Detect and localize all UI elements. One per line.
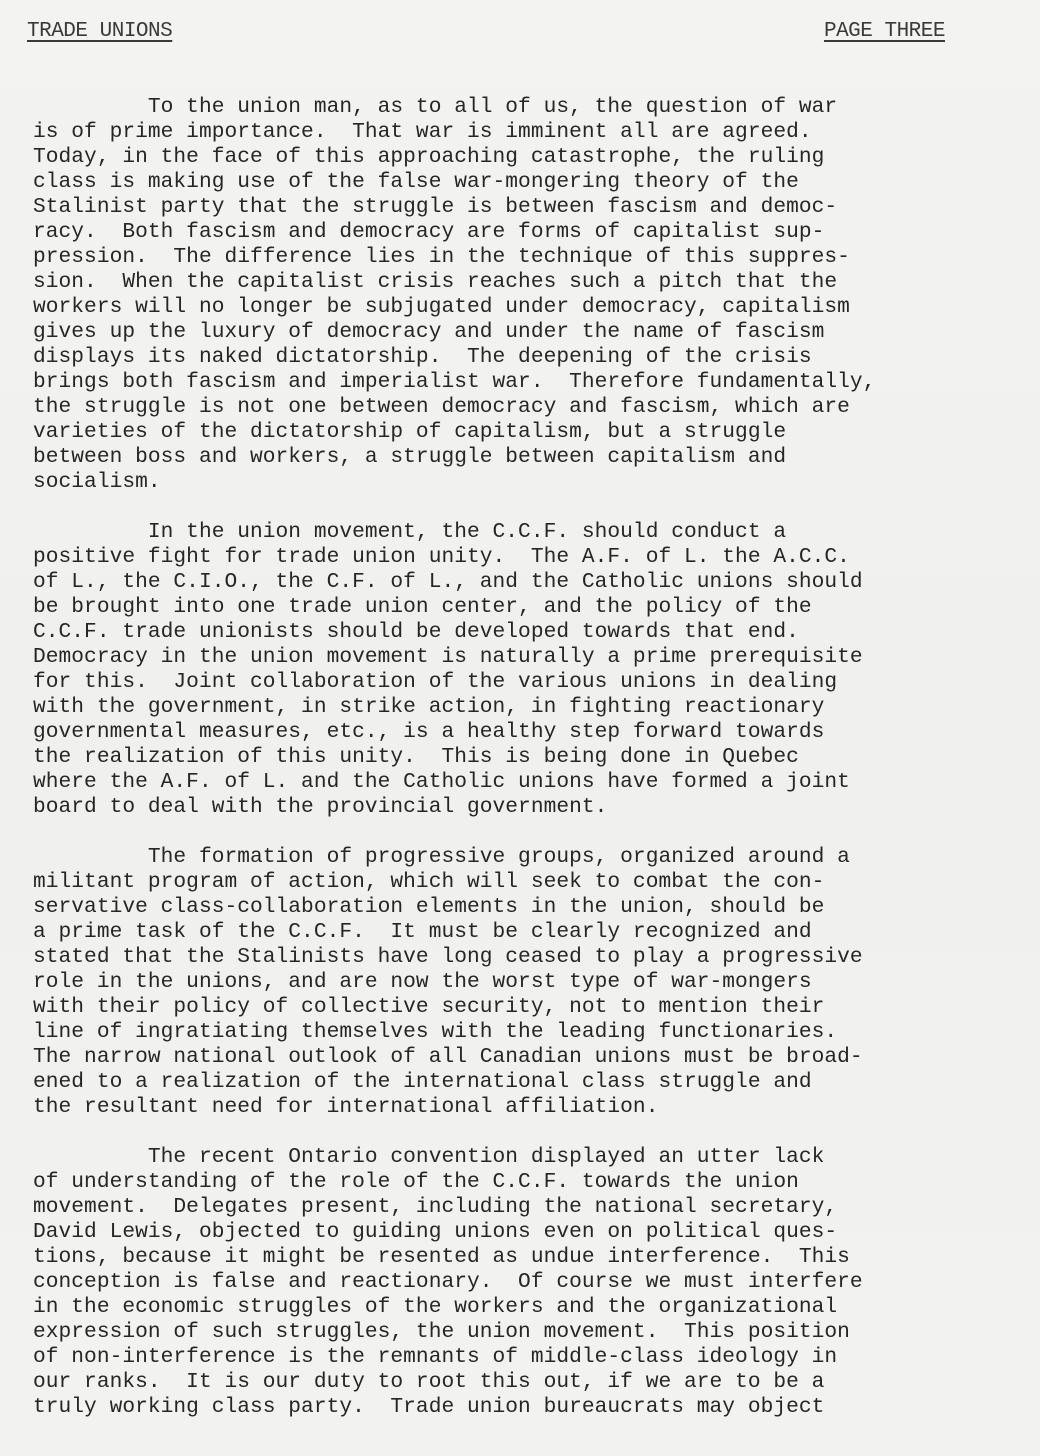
text-line: displays its naked dictatorship. The dee…	[33, 345, 1023, 370]
text-line: pression. The difference lies in the tec…	[33, 245, 1023, 270]
text-line: tions, because it might be resented as u…	[33, 1245, 1023, 1270]
text-line: servative class-collaboration elements i…	[33, 895, 1023, 920]
typewritten-page: TRADE UNIONS PAGE THREE To the union man…	[0, 0, 1040, 1456]
text-line: class is making use of the false war-mon…	[33, 170, 1023, 195]
text-line: the struggle is not one between democrac…	[33, 395, 1023, 420]
document-body: To the union man, as to all of us, the q…	[33, 95, 1023, 1445]
text-line: our ranks. It is our duty to root this o…	[33, 1370, 1023, 1395]
text-line: between boss and workers, a struggle bet…	[33, 445, 1023, 470]
text-line: varieties of the dictatorship of capital…	[33, 420, 1023, 445]
text-line: with the government, in strike action, i…	[33, 695, 1023, 720]
text-line: movement. Delegates present, including t…	[33, 1195, 1023, 1220]
page-number-label: PAGE THREE	[824, 20, 945, 43]
text-line: The formation of progressive groups, org…	[33, 845, 1023, 870]
text-line: line of ingratiating themselves with the…	[33, 1020, 1023, 1045]
text-line: positive fight for trade union unity. Th…	[33, 545, 1023, 570]
text-line: conception is false and reactionary. Of …	[33, 1270, 1023, 1295]
paragraph-ontario-convention: The recent Ontario convention displayed …	[33, 1145, 1023, 1420]
text-line: the realization of this unity. This is b…	[33, 745, 1023, 770]
text-line: the resultant need for international aff…	[33, 1095, 1023, 1120]
text-line: stated that the Stalinists have long cea…	[33, 945, 1023, 970]
text-line: in the economic struggles of the workers…	[33, 1295, 1023, 1320]
text-line: with their policy of collective security…	[33, 995, 1023, 1020]
text-line: Democracy in the union movement is natur…	[33, 645, 1023, 670]
text-line: In the union movement, the C.C.F. should…	[33, 520, 1023, 545]
text-line: Today, in the face of this approaching c…	[33, 145, 1023, 170]
text-line: The recent Ontario convention displayed …	[33, 1145, 1023, 1170]
paragraph-union-unity: In the union movement, the C.C.F. should…	[33, 520, 1023, 820]
text-line: The narrow national outlook of all Canad…	[33, 1045, 1023, 1070]
text-line: Stalinist party that the struggle is bet…	[33, 195, 1023, 220]
text-line: militant program of action, which will s…	[33, 870, 1023, 895]
text-line: of L., the C.I.O., the C.F. of L., and t…	[33, 570, 1023, 595]
text-line: role in the unions, and are now the wors…	[33, 970, 1023, 995]
paragraph-war-question: To the union man, as to all of us, the q…	[33, 95, 1023, 495]
text-line: be brought into one trade union center, …	[33, 595, 1023, 620]
text-line: expression of such struggles, the union …	[33, 1320, 1023, 1345]
text-line: David Lewis, objected to guiding unions …	[33, 1220, 1023, 1245]
text-line: sion. When the capitalist crisis reaches…	[33, 270, 1023, 295]
text-line: socialism.	[33, 470, 1023, 495]
text-line: racy. Both fascism and democracy are for…	[33, 220, 1023, 245]
text-line: board to deal with the provincial govern…	[33, 795, 1023, 820]
text-line: workers will no longer be subjugated und…	[33, 295, 1023, 320]
text-line: governmental measures, etc., is a health…	[33, 720, 1023, 745]
text-line: C.C.F. trade unionists should be develop…	[33, 620, 1023, 645]
text-line: To the union man, as to all of us, the q…	[33, 95, 1023, 120]
text-line: gives up the luxury of democracy and und…	[33, 320, 1023, 345]
text-line: for this. Joint collaboration of the var…	[33, 670, 1023, 695]
text-line: ened to a realization of the internation…	[33, 1070, 1023, 1095]
text-line: where the A.F. of L. and the Catholic un…	[33, 770, 1023, 795]
paragraph-progressive-groups: The formation of progressive groups, org…	[33, 845, 1023, 1120]
text-line: of non-interference is the remnants of m…	[33, 1345, 1023, 1370]
text-line: is of prime importance. That war is immi…	[33, 120, 1023, 145]
text-line: brings both fascism and imperialist war.…	[33, 370, 1023, 395]
section-title: TRADE UNIONS	[27, 20, 172, 43]
text-line: of understanding of the role of the C.C.…	[33, 1170, 1023, 1195]
text-line: truly working class party. Trade union b…	[33, 1395, 1023, 1420]
text-line: a prime task of the C.C.F. It must be cl…	[33, 920, 1023, 945]
page-header: TRADE UNIONS PAGE THREE	[27, 20, 945, 50]
